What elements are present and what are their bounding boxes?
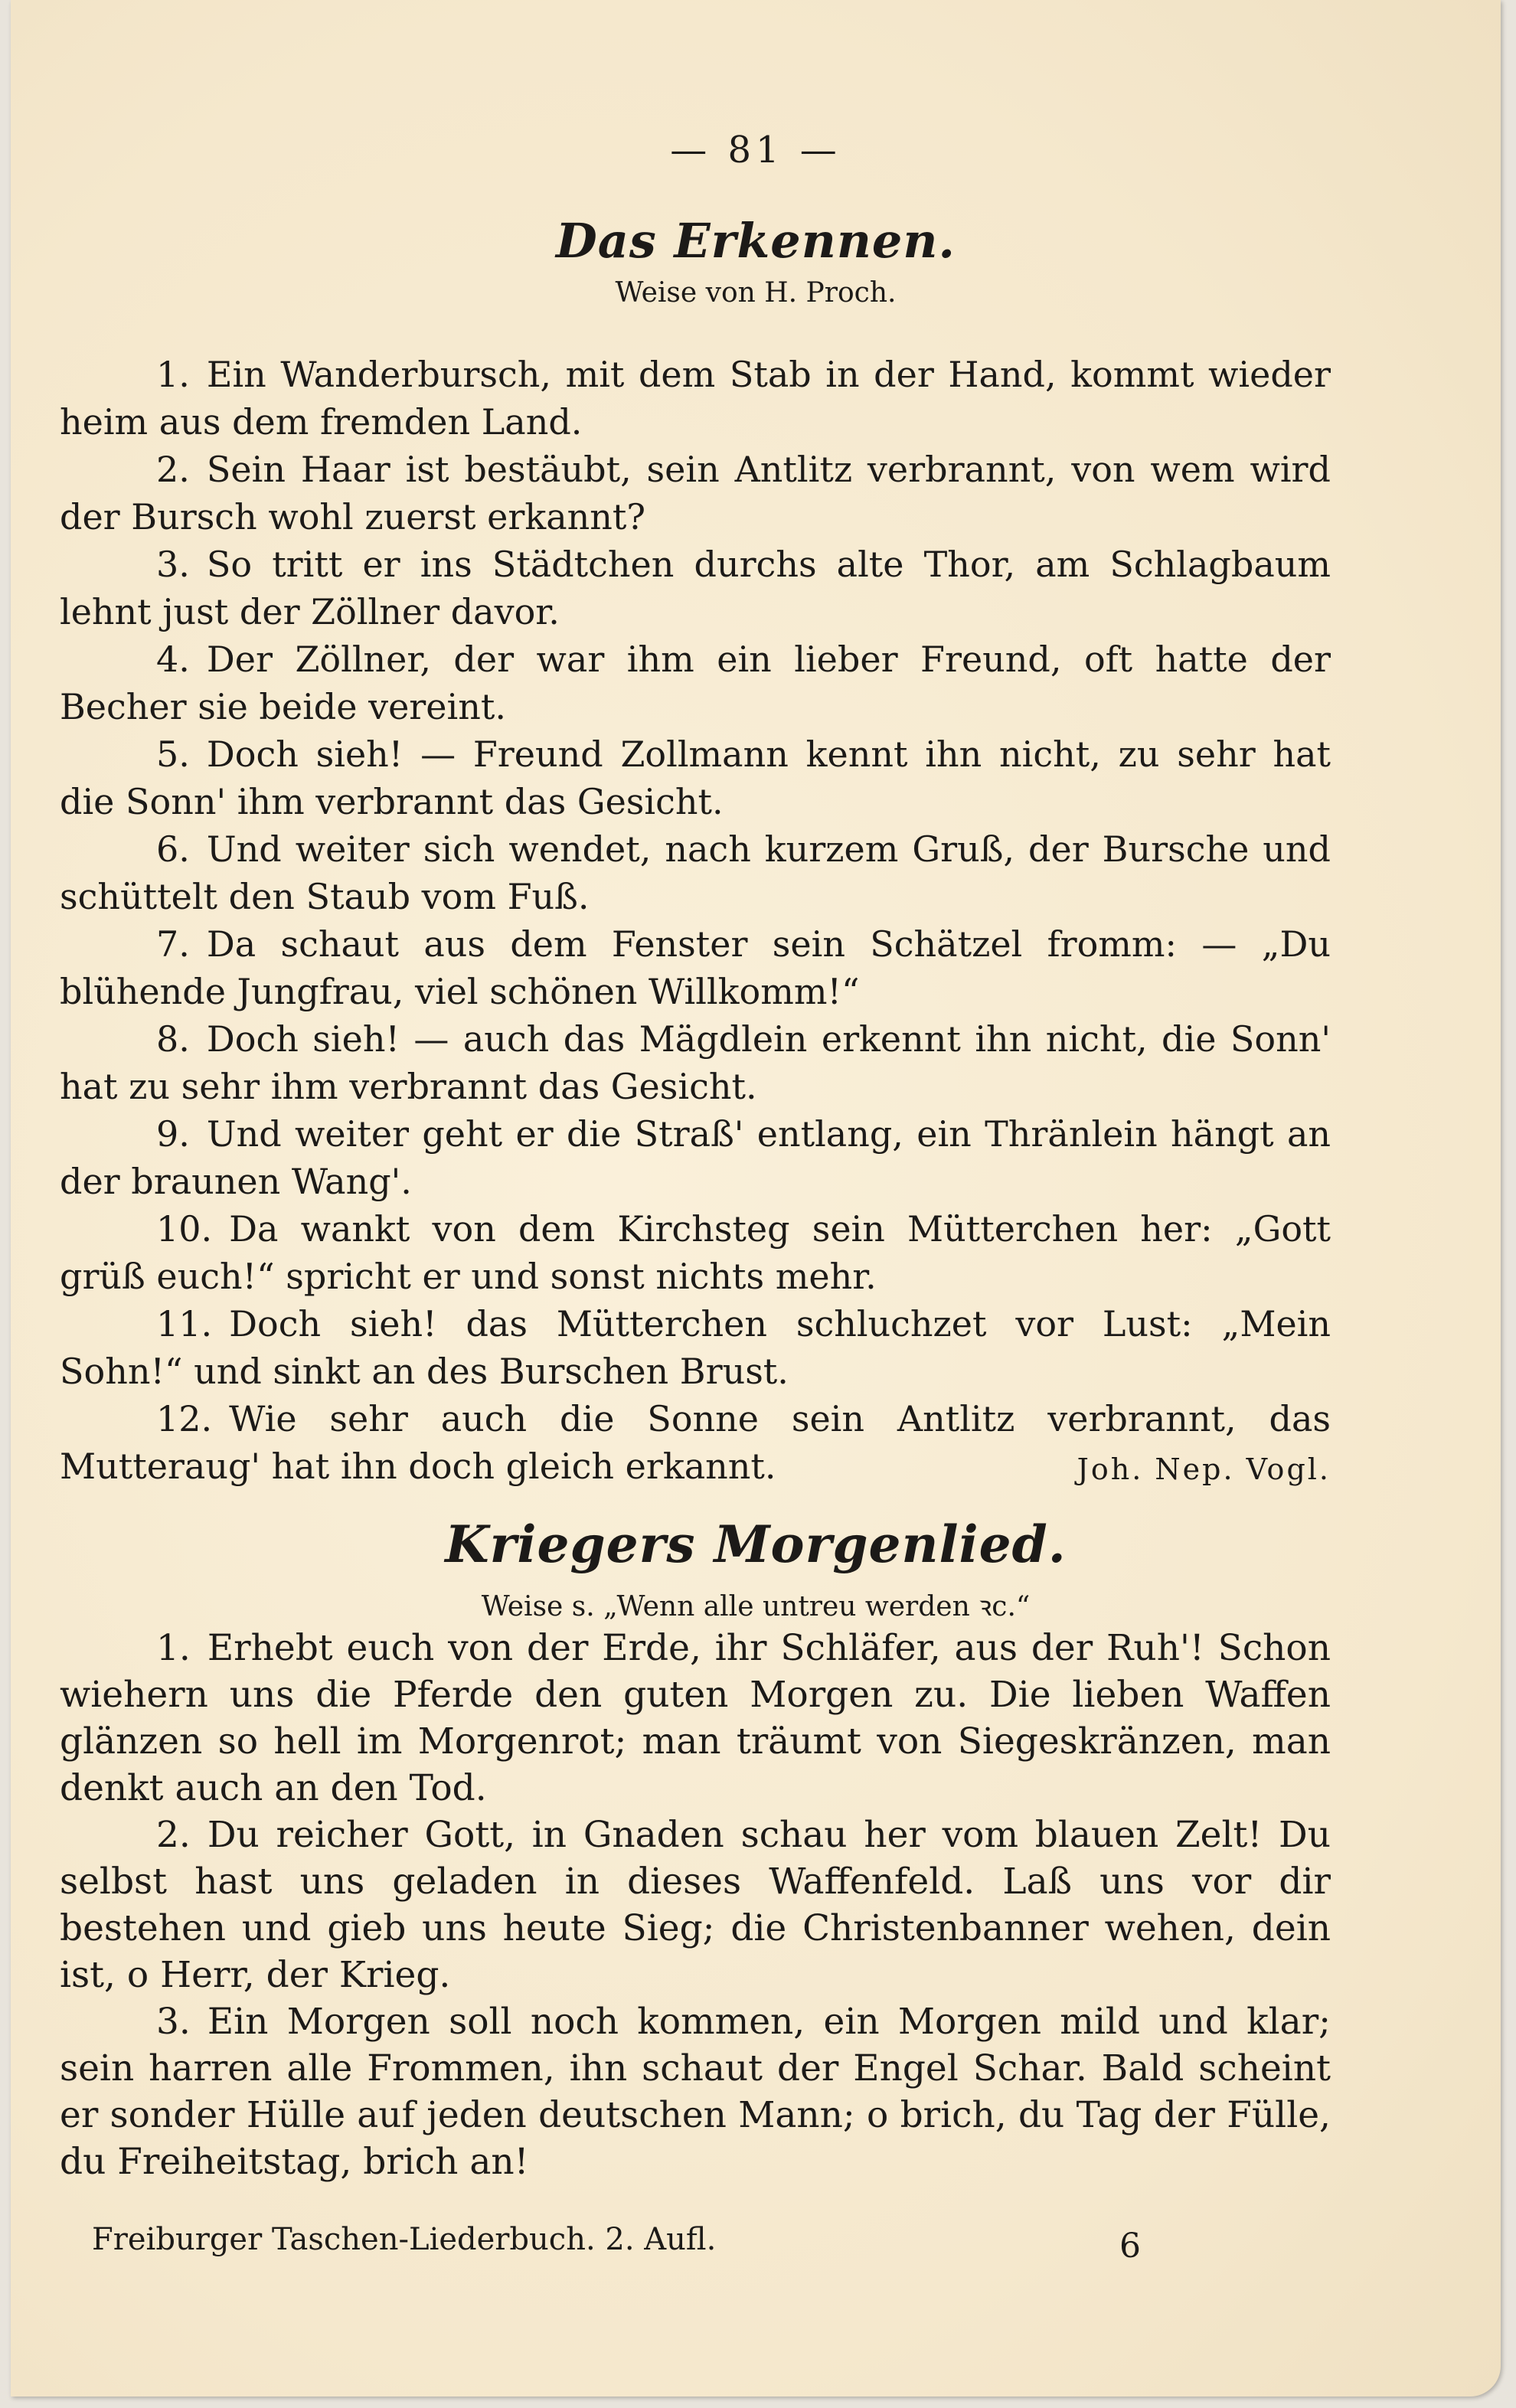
- song-title: Kriegers Morgenlied.: [11, 1514, 1501, 1574]
- verse-text: Du reicher Gott, in Gnaden schau her vom…: [60, 1814, 1331, 1996]
- verse-number: 1.: [156, 1627, 191, 1669]
- verse-text: Erhebt euch von der Erde, ihr Schläfer, …: [60, 1627, 1331, 1809]
- verse-text: Und weiter geht er die Straß' entlang, e…: [60, 1113, 1331, 1202]
- verse-text: Ein Morgen soll noch kommen, ein Morgen …: [60, 2001, 1331, 2183]
- verse: 1.Erhebt euch von der Erde, ihr Schläfer…: [60, 1625, 1331, 1812]
- song-title: Das Erkennen.: [11, 213, 1501, 269]
- verse: 9.Und weiter geht er die Straß' entlang,…: [60, 1110, 1331, 1205]
- verse-text: Da schaut aus dem Fenster sein Schätzel …: [60, 923, 1331, 1012]
- book-footer: Freiburger Taschen-Liederbuch. 2. Aufl.: [92, 2222, 716, 2257]
- verse-number: 6.: [156, 828, 190, 870]
- verse-number: 12.: [156, 1398, 212, 1439]
- verse-text: Der Zöllner, der war ihm ein lieber Freu…: [60, 639, 1331, 727]
- verse-text: Ein Wanderbursch, mit dem Stab in der Ha…: [60, 354, 1331, 443]
- verse-number: 5.: [156, 734, 190, 775]
- song-melody-note: Weise s. „Wenn alle untreu werden ꝛc.“: [11, 1586, 1501, 1624]
- verse-number: 11.: [156, 1303, 212, 1344]
- song-verses: 1.Erhebt euch von der Erde, ihr Schläfer…: [60, 1625, 1331, 2185]
- verse-text: Doch sieh! — auch das Mägdlein erkennt i…: [60, 1018, 1331, 1107]
- verse: 5.Doch sieh! — Freund Zollmann kennt ihn…: [60, 730, 1331, 825]
- verse-text: Sein Haar ist bestäubt, sein Antlitz ver…: [60, 449, 1331, 537]
- signature-mark: 6: [1119, 2227, 1141, 2266]
- verse: 7.Da schaut aus dem Fenster sein Schätze…: [60, 920, 1331, 1015]
- song-melody-note: Weise von H. Proch.: [11, 277, 1501, 309]
- verse: 11.Doch sieh! das Mütterchen schluchzet …: [60, 1300, 1331, 1395]
- verse-number: 10.: [156, 1208, 212, 1250]
- verse: 4.Der Zöllner, der war ihm ein lieber Fr…: [60, 635, 1331, 730]
- verse-number: 7.: [156, 923, 190, 965]
- verse: 2.Sein Haar ist bestäubt, sein Antlitz v…: [60, 446, 1331, 541]
- verse: 2.Du reicher Gott, in Gnaden schau her v…: [60, 1812, 1331, 1998]
- verse-text: Doch sieh! das Mütterchen schluchzet vor…: [60, 1303, 1331, 1392]
- verse-text: Und weiter sich wendet, nach kurzem Gruß…: [60, 828, 1331, 917]
- verse: 3.So tritt er ins Städtchen durchs alte …: [60, 541, 1331, 635]
- verse-number: 9.: [156, 1113, 190, 1155]
- verse: 6.Und weiter sich wendet, nach kurzem Gr…: [60, 825, 1331, 920]
- verse-number: 3.: [156, 2001, 191, 2043]
- verse: 1.Ein Wanderbursch, mit dem Stab in der …: [60, 351, 1331, 446]
- verse-number: 1.: [156, 354, 190, 395]
- book-page: — 81 — Das Erkennen. Weise von H. Proch.…: [11, 0, 1501, 2397]
- verse-text: So tritt er ins Städtchen durchs alte Th…: [60, 544, 1331, 632]
- page-number: — 81 —: [11, 129, 1501, 172]
- verse: 8.Doch sieh! — auch das Mägdlein erkennt…: [60, 1015, 1331, 1110]
- verse: 10.Da wankt von dem Kirchsteg sein Mütte…: [60, 1205, 1331, 1300]
- verse-number: 8.: [156, 1018, 190, 1060]
- verse-number: 2.: [156, 1814, 191, 1856]
- verse-text: Doch sieh! — Freund Zollmann kennt ihn n…: [60, 734, 1331, 822]
- verse-text: Da wankt von dem Kirchsteg sein Mütterch…: [60, 1208, 1331, 1297]
- author-credit: Joh. Nep. Vogl.: [981, 1446, 1331, 1493]
- verse-number: 3.: [156, 544, 190, 585]
- verse-number: 2.: [156, 449, 190, 490]
- verse: 3.Ein Morgen soll noch kommen, ein Morge…: [60, 1998, 1331, 2185]
- verse: 12.Wie sehr auch die Sonne sein Antlitz …: [60, 1395, 1331, 1490]
- song-verses: 1.Ein Wanderbursch, mit dem Stab in der …: [60, 351, 1331, 1493]
- verse-number: 4.: [156, 639, 190, 680]
